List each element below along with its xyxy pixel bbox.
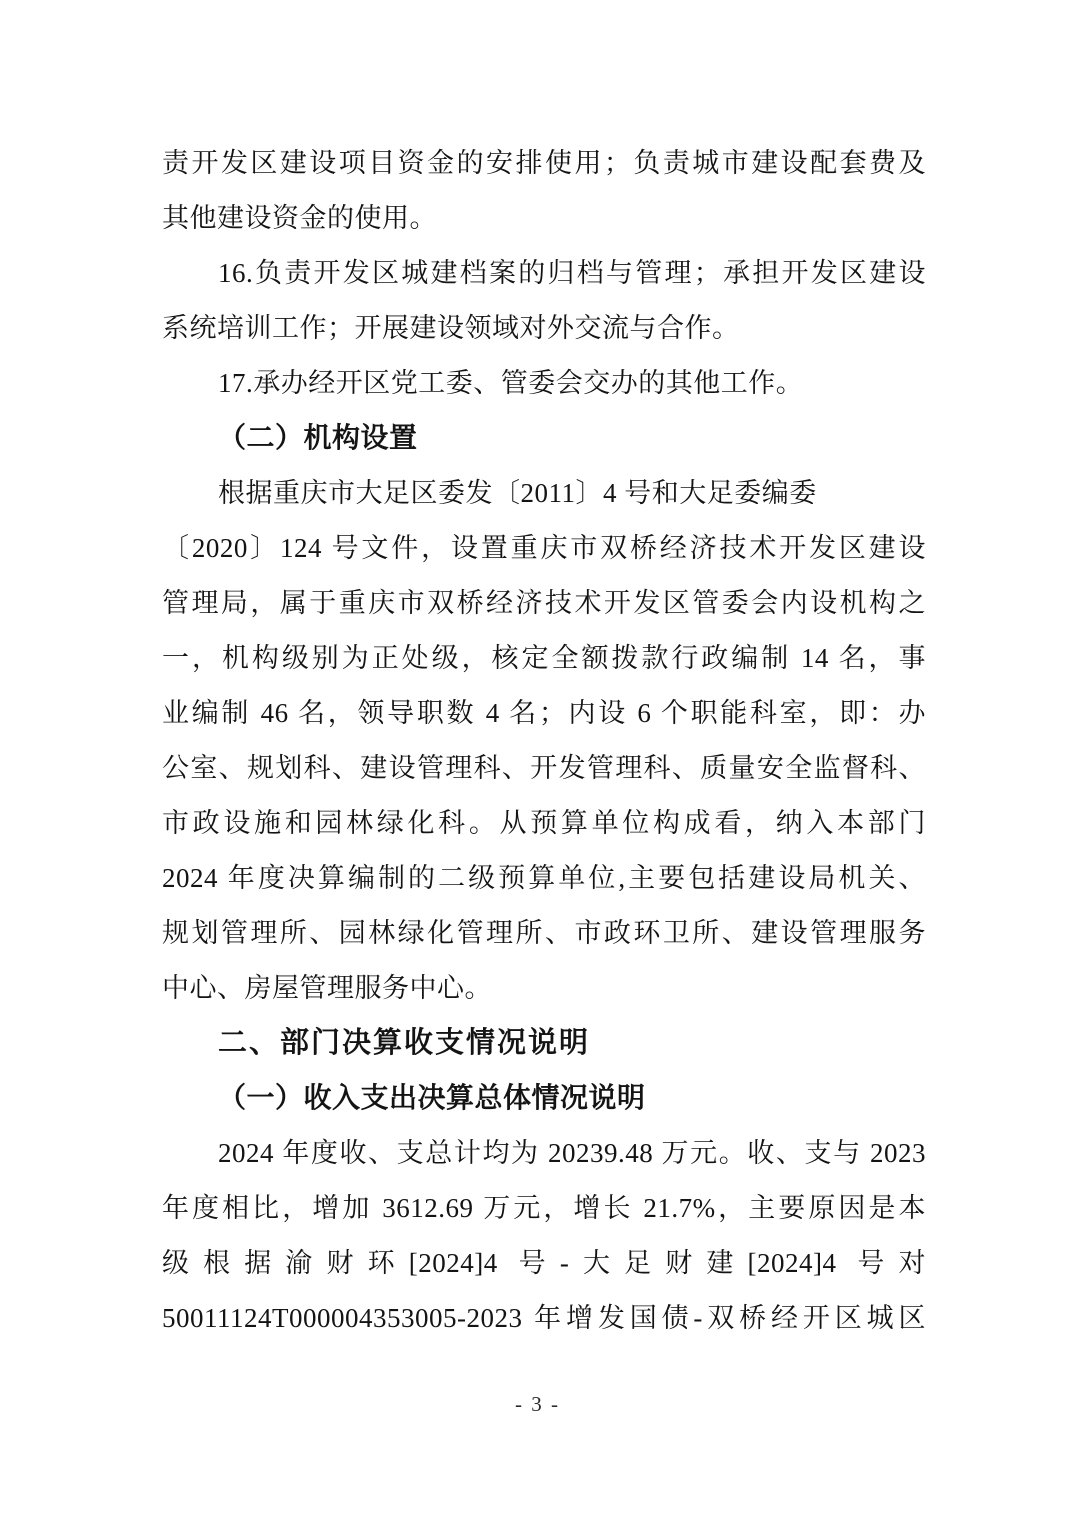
page-number: - 3 - <box>0 1392 1075 1417</box>
text-line: 2024 年度决算编制的二级预算单位,主要包括建设局机关、 <box>162 851 926 906</box>
text-line: 根据重庆市大足区委发〔2011〕4 号和大足委编委 <box>162 466 926 521</box>
document-body: 责开发区建设项目资金的安排使用；负责城市建设配套费及其他建设资金的使用。16.负… <box>162 136 926 1346</box>
text-line: 50011124T000004353005-2023 年增发国债-双桥经开区城区 <box>162 1291 926 1346</box>
section-heading: （二）机构设置 <box>162 411 926 466</box>
text-line: 系统培训工作；开展建设领域对外交流与合作。 <box>162 301 926 356</box>
text-line: 〔2020〕124 号文件，设置重庆市双桥经济技术开发区建设 <box>162 521 926 576</box>
text-line: 责开发区建设项目资金的安排使用；负责城市建设配套费及 <box>162 136 926 191</box>
section-heading: 二、部门决算收支情况说明 <box>162 1016 926 1071</box>
text-line: 年度相比，增加 3612.69 万元，增长 21.7%，主要原因是本 <box>162 1181 926 1236</box>
text-line: 一，机构级别为正处级，核定全额拨款行政编制 14 名，事 <box>162 631 926 686</box>
text-line: 其他建设资金的使用。 <box>162 191 926 246</box>
text-line: 规划管理所、园林绿化管理所、市政环卫所、建设管理服务 <box>162 906 926 961</box>
text-line: 级根据渝财环[2024]4 号-大足财建[2024]4 号对 <box>162 1236 926 1291</box>
text-line: 中心、房屋管理服务中心。 <box>162 961 926 1016</box>
text-line: 市政设施和园林绿化科。从预算单位构成看，纳入本部门 <box>162 796 926 851</box>
text-line: 16.负责开发区城建档案的归档与管理；承担开发区建设 <box>162 246 926 301</box>
document-page: 责开发区建设项目资金的安排使用；负责城市建设配套费及其他建设资金的使用。16.负… <box>0 0 1075 1520</box>
text-line: 管理局，属于重庆市双桥经济技术开发区管委会内设机构之 <box>162 576 926 631</box>
text-line: 2024 年度收、支总计均为 20239.48 万元。收、支与 2023 <box>162 1126 926 1181</box>
text-line: 公室、规划科、建设管理科、开发管理科、质量安全监督科、 <box>162 741 926 796</box>
section-heading: （一）收入支出决算总体情况说明 <box>162 1071 926 1126</box>
text-line: 业编制 46 名，领导职数 4 名；内设 6 个职能科室，即：办 <box>162 686 926 741</box>
text-line: 17.承办经开区党工委、管委会交办的其他工作。 <box>162 356 926 411</box>
